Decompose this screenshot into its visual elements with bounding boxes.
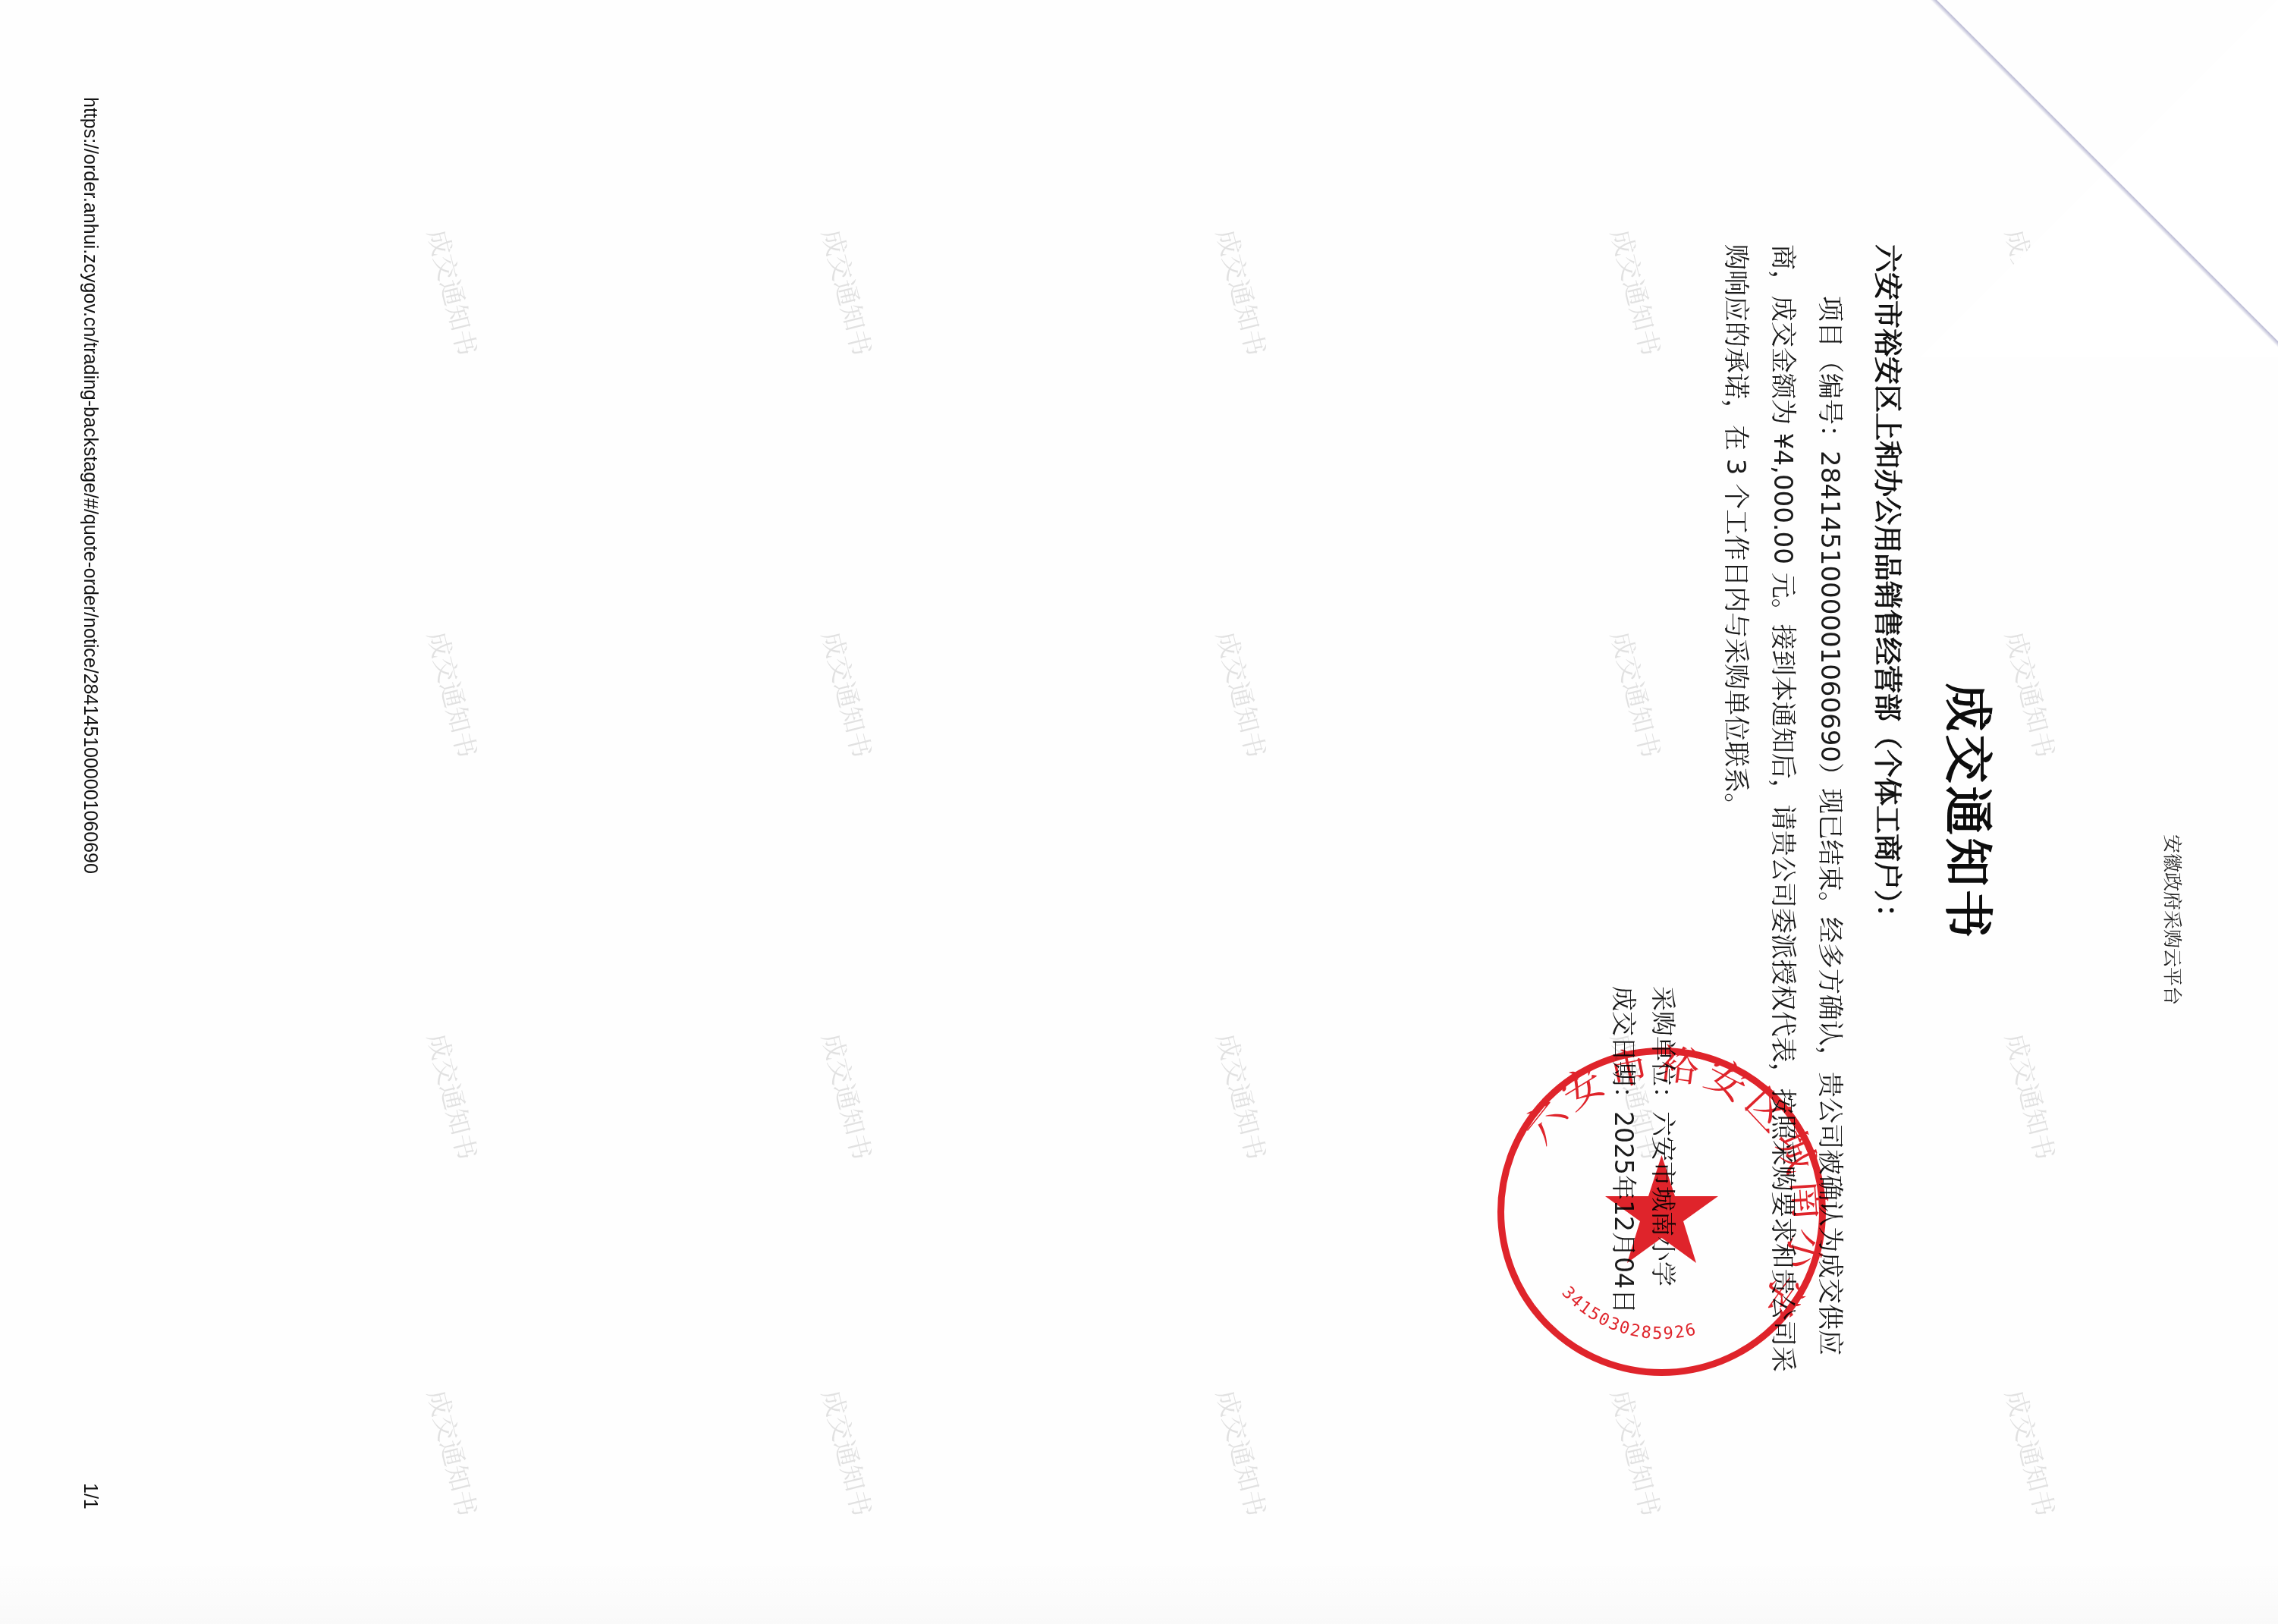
watermark-text: 成交通知书 <box>420 1386 488 1520</box>
notice-body: 项目（编号：2841451000001060690）现已结束。经多方确认，贵公司… <box>1712 244 1853 1382</box>
purchaser-label: 采购单位： <box>1648 986 1678 1111</box>
recipient-line: 六安市裕安区上和办公用品销售经营部（个体工商户）： <box>1869 244 1910 932</box>
watermark-text: 成交通知书 <box>1209 1029 1277 1164</box>
watermark-text: 成交通知书 <box>1998 627 2066 762</box>
watermark-text: 成交通知书 <box>420 627 488 762</box>
page-number: 1/1 <box>79 1483 101 1509</box>
purchaser-name: 六安市城南小学 <box>1648 1111 1678 1286</box>
watermark-text: 成交通知书 <box>1604 627 1671 762</box>
watermark-text: 成交通知书 <box>1998 1386 2066 1520</box>
watermark-text: 成交通知书 <box>815 1386 882 1520</box>
watermark-text: 成交通知书 <box>1604 1386 1671 1520</box>
watermark-text: 成交通知书 <box>420 225 488 360</box>
watermark-text: 成交通知书 <box>1998 1029 2066 1164</box>
watermark-text: 成交通知书 <box>1209 1386 1277 1520</box>
document-page: 成交通知书成交通知书成交通知书成交通知书成交通知书成交通知书成交通知书成交通知书… <box>0 0 2278 1624</box>
footer-url: https://order.anhui.zcygov.cn/trading-ba… <box>79 97 101 874</box>
folded-corner <box>1921 0 2278 357</box>
watermark-text: 成交通知书 <box>815 627 882 762</box>
watermark-text: 成交通知书 <box>1604 225 1671 360</box>
watermark-text: 成交通知书 <box>1209 627 1277 762</box>
watermark-text: 成交通知书 <box>1209 225 1277 360</box>
deal-date-label: 成交日期： <box>1609 986 1639 1111</box>
watermark-text: 成交通知书 <box>420 1029 488 1164</box>
watermark-text: 成交通知书 <box>815 225 882 360</box>
signature-block: 采购单位：六安市城南小学 成交日期：2025年12月04日 <box>1604 986 1683 1314</box>
platform-header: 安徽政府采购云平台 <box>2160 834 2187 1005</box>
watermark-text: 成交通知书 <box>815 1029 882 1164</box>
deal-date: 2025年12月04日 <box>1609 1111 1639 1314</box>
deal-date-line: 成交日期：2025年12月04日 <box>1604 986 1643 1314</box>
purchaser-line: 采购单位：六安市城南小学 <box>1643 986 1683 1314</box>
